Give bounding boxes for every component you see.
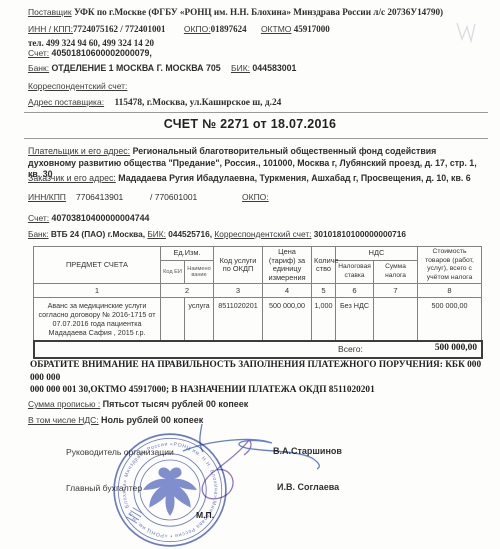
cell-vat-sum <box>374 298 418 343</box>
items-table: ПРЕДМЕТ СЧЕТА Ед.Изм. Код услуги по ОКДП… <box>33 246 482 343</box>
accountant-name: И.В. Соглаева <box>277 482 339 492</box>
bank-label: Банк: <box>28 63 49 73</box>
payer-account-value: 40703810400000004744 <box>52 213 150 223</box>
bik-value: 044583001 <box>252 63 296 73</box>
okpo-value: 01897624 <box>211 24 247 34</box>
cell-price: 500 000,00 <box>263 298 312 343</box>
round-stamp: «РОНЦ им. Н.Н. Блохина» Минздрава России… <box>110 430 230 549</box>
bank-value: ОТДЕЛЕНИЕ 1 МОСКВА Г. МОСКВА 705 <box>51 63 220 73</box>
double-headed-eagle-icon <box>143 468 197 516</box>
customer-value: Мададаева Ругия Ибадулаевна, Туркмения, … <box>118 173 470 183</box>
cell-subject: Аванс за медицинские услуги согласно дог… <box>34 298 161 343</box>
col-vat-rate-header: Налоговая ставка <box>336 260 374 284</box>
supplier-bank-line: Банк: ОТДЕЛЕНИЕ 1 МОСКВА Г. МОСКВА 705 Б… <box>28 63 296 73</box>
payer-bank-label: Банк: <box>28 229 49 239</box>
cell-unit-code <box>161 298 185 343</box>
divider-top <box>24 112 488 113</box>
cell-qty: 1,000 <box>312 298 336 343</box>
cell-vat-rate: Без НДС <box>336 298 374 343</box>
supplier-address-label: Адрес поставщика: <box>28 97 104 107</box>
col-vat-header: НДС <box>336 247 418 261</box>
colnum-4: 4 <box>263 284 312 298</box>
amount-words-value: Пятьсот тысяч рублей 00 копеек <box>103 399 249 409</box>
payer-inn-kpp-label: ИНН/КПП <box>28 192 66 202</box>
oktmo-value: 45917000 <box>294 24 330 34</box>
bik-label: БИК: <box>231 63 250 73</box>
amount-words-label: Сумма прописью : <box>28 399 100 409</box>
cell-okdp: 8511020201 <box>214 298 263 343</box>
supplier-address-value: 115478, г.Москва, ул.Каширское ш, д.24 <box>114 98 281 108</box>
supplier-inn-line: ИНН / КПП:7724075162 / 772401001 ОКПО:01… <box>28 24 330 34</box>
vat-words-label: В том числе НДС: <box>28 415 99 425</box>
supplier-line: Поставщик УФК по г.Москве (ФГБУ «РОНЦ им… <box>28 7 443 17</box>
account-value: 40501810600002000079, <box>52 48 152 58</box>
colnum-1: 1 <box>34 284 161 298</box>
col-unit-header: Ед.Изм. <box>161 247 214 261</box>
colnum-8: 8 <box>418 284 482 298</box>
okpo-label: ОКПО: <box>184 24 211 34</box>
total-row: Всего: 500 000,00 <box>33 340 483 359</box>
divider-under-title <box>24 138 488 139</box>
customer-label: Заказчик и его адрес: <box>28 173 116 183</box>
supplier-address-line: Адрес поставщика: 115478, г.Москва, ул.К… <box>28 97 281 108</box>
payer-account-label: Счет: <box>28 213 49 223</box>
cell-total: 500 000,00 <box>418 298 482 343</box>
payment-notice-line1: ОБРАТИТЕ ВНИМАНИЕ НА ПРАВИЛЬНОСТЬ ЗАПОЛН… <box>30 359 485 384</box>
payer-okpo-label: ОКПО: <box>242 192 269 202</box>
payer-corr-label: Корреспондентский счет: <box>214 229 311 239</box>
payer-bik-value: 044525716, <box>168 229 212 239</box>
payment-notice: ОБРАТИТЕ ВНИМАНИЕ НА ПРАВИЛЬНОСТЬ ЗАПОЛН… <box>30 359 485 397</box>
colnum-6: 6 <box>336 284 374 298</box>
amount-words-line: Сумма прописью : Пятьсот тысяч рублей 00… <box>28 399 248 409</box>
supplier-account-line: Счет: 40501810600002000079, <box>28 48 152 58</box>
total-value: 500 000,00 <box>435 343 477 353</box>
col-unit-code-header: Код ЕИ <box>161 260 185 284</box>
payer-inn-value: 7706413901 <box>76 192 123 202</box>
payer-bank-line: Банк: ВТБ 24 (ПАО) г.Москва, БИК: 044525… <box>28 229 406 239</box>
col-qty-header: Количе ство <box>312 247 336 284</box>
total-label: Всего: <box>338 344 363 354</box>
payer-kpp-value: / 770601001 <box>150 192 197 202</box>
vat-words-line: В том числе НДС: Ноль рублей 00 копеек <box>28 415 203 425</box>
payer-account-line: Счет: 40703810400000004744 <box>28 213 149 223</box>
payer-bank-value: ВТБ 24 (ПАО) г.Москва, <box>51 229 145 239</box>
inn-kpp-value: 7724075162 / 772401001 <box>73 24 166 34</box>
table-row: Аванс за медицинские услуги согласно дог… <box>34 298 482 343</box>
payer-label: Плательщик и его адрес: <box>28 146 130 156</box>
col-total-header: Стоимость товаров (работ, услуг), всего … <box>418 247 482 284</box>
column-numbers-row: 1 2 3 4 5 6 7 8 <box>34 284 482 298</box>
colnum-2: 2 <box>161 284 214 298</box>
head-name: В.А.Старшинов <box>273 446 342 456</box>
oktmo-label: ОКТМО <box>261 24 291 34</box>
colnum-7: 7 <box>374 284 418 298</box>
cell-unit-name: услуга <box>185 298 214 343</box>
col-okdp-header: Код услуги по ОКДП <box>214 247 263 284</box>
colnum-5: 5 <box>312 284 336 298</box>
vat-words-value: Ноль рублей 00 копеек <box>101 415 203 425</box>
payment-notice-line2: 000 000 001 30,ОКТМО 45917000; В НАЗНАЧЕ… <box>30 384 485 397</box>
inn-kpp-label: ИНН / КПП: <box>28 24 73 34</box>
stamp-seal-icon: «РОНЦ им. Н.Н. Блохина» Минздрава России… <box>110 430 230 549</box>
col-unit-name-header: Наимено вание <box>185 260 214 284</box>
colnum-3: 3 <box>214 284 263 298</box>
invoice-page: Поставщик УФК по г.Москве (ФГБУ «РОНЦ им… <box>0 0 500 549</box>
payer-bik-label: БИК: <box>147 229 166 239</box>
invoice-title: СЧЕТ № 2271 от 18.07.2016 <box>0 117 500 131</box>
supplier-value: УФК по г.Москве (ФГБУ «РОНЦ им. Н.Н. Бло… <box>74 7 443 17</box>
payer-corr-value: 30101810100000000716 <box>314 229 406 239</box>
account-label: Счет: <box>28 48 49 58</box>
col-subject-header: ПРЕДМЕТ СЧЕТА <box>34 247 161 284</box>
supplier-phone: тел. 499 324 94 60, 499 324 14 20 <box>28 38 154 48</box>
col-vat-sum-header: Сумма налога <box>374 260 418 284</box>
supplier-label: Поставщик <box>28 7 72 17</box>
supplier-corr-label: Корреспондентский счет: <box>28 81 127 91</box>
customer-line: Заказчик и его адрес: Мададаева Ругия Иб… <box>28 173 488 185</box>
col-price-header: Цена (тариф) за единицу измерения <box>263 247 312 284</box>
pencil-mark-icon <box>457 23 475 41</box>
